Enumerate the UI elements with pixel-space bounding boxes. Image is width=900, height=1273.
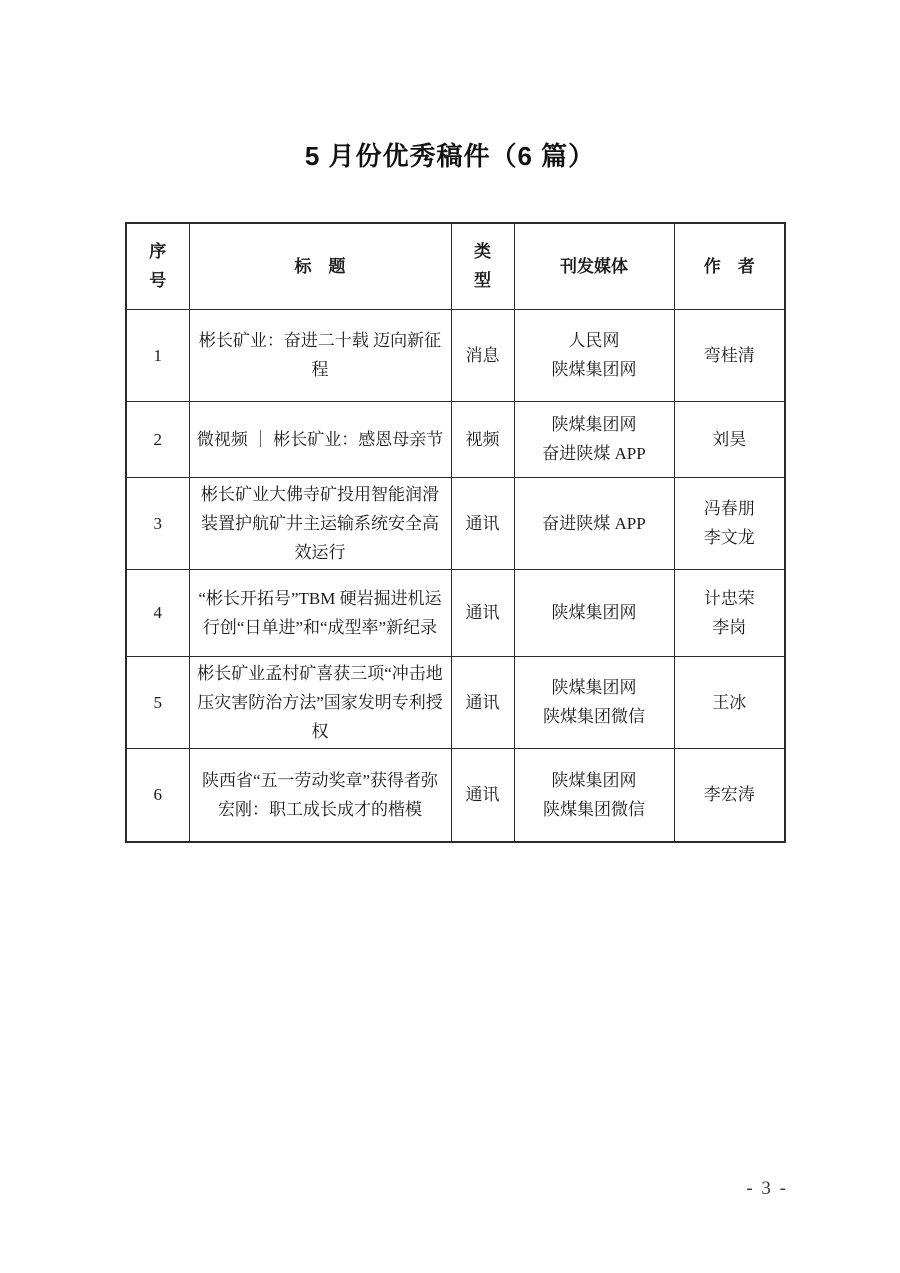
title-cell: 陕西省“五一劳动奖章”获得者弥宏刚：职工成长成才的楷模 <box>189 748 451 842</box>
type-cell: 通讯 <box>451 656 514 748</box>
row-number-cell: 5 <box>126 656 189 748</box>
row-number-cell: 3 <box>126 477 189 569</box>
type-cell: 消息 <box>451 309 514 401</box>
media-cell: 陕煤集团网 陕煤集团微信 <box>514 656 674 748</box>
media-cell: 奋进陕煤 APP <box>514 477 674 569</box>
type-cell: 通讯 <box>451 748 514 842</box>
manuscripts-table: 序 号 标 题 类 型 刊发媒体 作 者 1 彬长矿业：奋进二十载 迈向新征程 … <box>125 222 786 843</box>
document-title: 5 月份优秀稿件（6 篇） <box>0 136 900 173</box>
table-row: 2 微视频 ｜ 彬长矿业：感恩母亲节 视频 陕煤集团网 奋进陕煤 APP 刘昊 <box>126 401 785 477</box>
type-cell: 通讯 <box>451 477 514 569</box>
author-cell: 冯春朋 李文龙 <box>674 477 785 569</box>
author-cell: 弯桂清 <box>674 309 785 401</box>
table-header-row: 序 号 标 题 类 型 刊发媒体 作 者 <box>126 223 785 309</box>
header-type: 类 型 <box>451 223 514 309</box>
row-number-cell: 1 <box>126 309 189 401</box>
author-cell: 刘昊 <box>674 401 785 477</box>
type-cell: 通讯 <box>451 569 514 656</box>
media-cell: 陕煤集团网 奋进陕煤 APP <box>514 401 674 477</box>
row-number-cell: 4 <box>126 569 189 656</box>
title-cell: 彬长矿业大佛寺矿投用智能润滑装置护航矿井主运输系统安全高效运行 <box>189 477 451 569</box>
header-no: 序 号 <box>126 223 189 309</box>
header-media: 刊发媒体 <box>514 223 674 309</box>
row-number-cell: 2 <box>126 401 189 477</box>
title-cell: 微视频 ｜ 彬长矿业：感恩母亲节 <box>189 401 451 477</box>
title-cell: “彬长开拓号”TBM 硬岩掘进机运行创“日单进”和“成型率”新纪录 <box>189 569 451 656</box>
author-cell: 李宏涛 <box>674 748 785 842</box>
row-number-cell: 6 <box>126 748 189 842</box>
media-cell: 人民网 陕煤集团网 <box>514 309 674 401</box>
header-title: 标 题 <box>189 223 451 309</box>
page-number: - 3 - <box>746 1178 788 1200</box>
table-row: 6 陕西省“五一劳动奖章”获得者弥宏刚：职工成长成才的楷模 通讯 陕煤集团网 陕… <box>126 748 785 842</box>
author-cell: 计忠荣 李岗 <box>674 569 785 656</box>
document-page: 5 月份优秀稿件（6 篇） 序 号 标 题 类 型 刊发媒体 作 者 1 彬长矿… <box>0 0 900 1273</box>
author-cell: 王冰 <box>674 656 785 748</box>
table-row: 3 彬长矿业大佛寺矿投用智能润滑装置护航矿井主运输系统安全高效运行 通讯 奋进陕… <box>126 477 785 569</box>
table-row: 5 彬长矿业孟村矿喜获三项“冲击地压灾害防治方法”国家发明专利授权 通讯 陕煤集… <box>126 656 785 748</box>
media-cell: 陕煤集团网 陕煤集团微信 <box>514 748 674 842</box>
table-row: 4 “彬长开拓号”TBM 硬岩掘进机运行创“日单进”和“成型率”新纪录 通讯 陕… <box>126 569 785 656</box>
table-row: 1 彬长矿业：奋进二十载 迈向新征程 消息 人民网 陕煤集团网 弯桂清 <box>126 309 785 401</box>
type-cell: 视频 <box>451 401 514 477</box>
title-cell: 彬长矿业：奋进二十载 迈向新征程 <box>189 309 451 401</box>
title-cell: 彬长矿业孟村矿喜获三项“冲击地压灾害防治方法”国家发明专利授权 <box>189 656 451 748</box>
media-cell: 陕煤集团网 <box>514 569 674 656</box>
header-author: 作 者 <box>674 223 785 309</box>
